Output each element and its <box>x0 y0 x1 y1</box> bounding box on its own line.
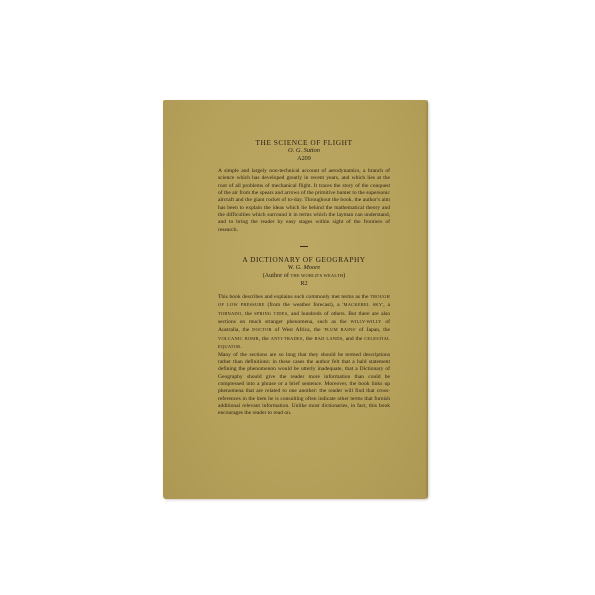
text-run: , the <box>241 311 254 317</box>
book-author: W. G. Moore <box>218 264 390 272</box>
book-subtitle: (Author of the world's wealth) <box>218 272 390 280</box>
book-code: R2 <box>218 280 390 288</box>
geography-term: spring tides <box>254 311 287 316</box>
geography-term: willy-willy <box>350 319 381 324</box>
book-author: O. G. Sutton <box>218 147 390 155</box>
text-run: , the <box>303 336 315 342</box>
geography-term: 'plum rains' <box>323 327 356 332</box>
book-title: A DICTIONARY OF GEOGRAPHY <box>218 255 390 264</box>
text-run: . <box>240 344 241 350</box>
text-run: , and the <box>342 336 364 342</box>
cover-text: THE SCIENCE OF FLIGHT O. G. Sutton A209 … <box>218 138 390 418</box>
book-description-paragraph-2: Many of the sections are so long that th… <box>218 352 390 418</box>
geography-term: volcanic bomb <box>218 336 259 341</box>
text-run: of West Africa, the <box>272 327 324 333</box>
book-entry-science-of-flight: THE SCIENCE OF FLIGHT O. G. Sutton A209 … <box>218 138 390 234</box>
geography-term: doctor <box>252 327 272 332</box>
geography-term: 'mackerel sky' <box>342 302 383 307</box>
section-divider <box>300 246 308 247</box>
geography-term: bad lands <box>314 336 342 341</box>
book-title: THE SCIENCE OF FLIGHT <box>218 138 390 147</box>
geography-term: anti-trades <box>271 336 303 341</box>
subtitle-work: the world's wealth <box>290 273 343 278</box>
text-run: of Japan, the <box>356 327 390 333</box>
book-code: A209 <box>218 155 390 163</box>
book-description: A simple and largely non-technical accou… <box>218 168 390 234</box>
book-description-paragraph-1: This book describes and explains such co… <box>218 293 390 351</box>
book-entry-dictionary-of-geography: A DICTIONARY OF GEOGRAPHY W. G. Moore (A… <box>218 255 390 418</box>
text-run: , a <box>383 302 390 308</box>
book-back-cover: THE SCIENCE OF FLIGHT O. G. Sutton A209 … <box>163 100 428 499</box>
text-run: (from the weather forecast), a <box>265 302 343 308</box>
subtitle-prefix: (Author of <box>263 272 291 279</box>
subtitle-suffix: ) <box>343 272 345 279</box>
geography-term: tornado <box>218 311 241 316</box>
text-run: This book describes and explains such co… <box>218 294 370 300</box>
text-run: , the <box>259 336 271 342</box>
